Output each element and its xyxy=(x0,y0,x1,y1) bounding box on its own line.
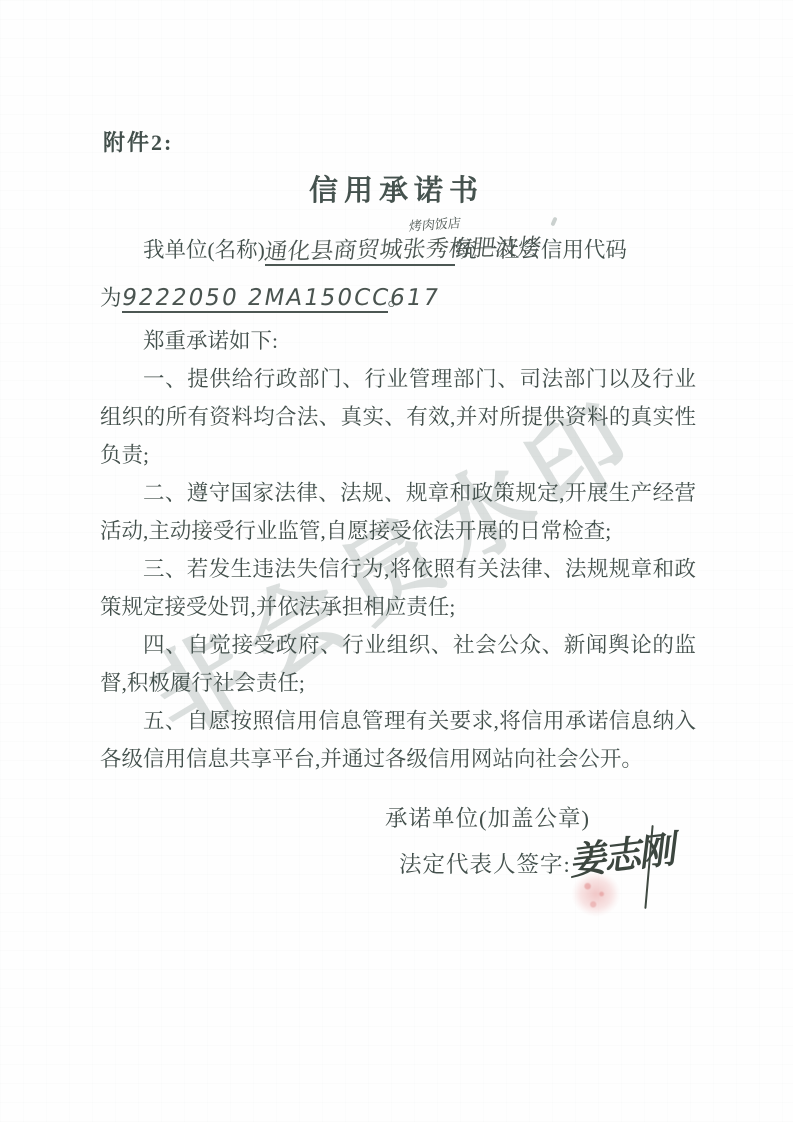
clause-1: 一、提供给行政部门、行业管理部门、司法部门以及行业组织的所有资料均合法、真实、有… xyxy=(100,360,696,474)
legal-representative-line: 法定代表人签字:姜志刚 xyxy=(385,839,676,885)
handwritten-credit-code: 9222050 2MA150CC617 xyxy=(119,285,441,311)
clause-3: 三、若发生违法失信行为,将依照有关法律、法规规章和政策规定接受处罚,并依法承担相… xyxy=(100,550,696,626)
scan-speck xyxy=(550,217,557,227)
credit-code-blank: 9222050 2MA150CC617 xyxy=(122,285,388,313)
clause-5: 五、自愿按照信用信息管理有关要求,将信用承诺信息纳入各级信用信息共享平台,并通过… xyxy=(100,702,696,778)
handwritten-insertion: 烤肉饭店 xyxy=(408,212,462,235)
document-content: 附件2: 信用承诺书 我单位(名称)通化县商贸城张秀梅肥波烤烤肉饭店统一社会信用… xyxy=(0,0,793,1122)
attachment-label: 附件2: xyxy=(103,126,173,157)
pledge-lead-line: 郑重承诺如下: xyxy=(100,322,696,360)
intro-lead-text: 我单位(名称) xyxy=(143,238,265,262)
handwritten-company-name: 通化县商贸城张秀梅肥波烤 xyxy=(262,229,543,267)
document-body: 我单位(名称)通化县商贸城张秀梅肥波烤烤肉饭店统一社会信用代码为9222050 … xyxy=(100,226,696,778)
company-name-blank: 通化县商贸城张秀梅肥波烤烤肉饭店 xyxy=(265,231,455,266)
clause-4: 四、自觉接受政府、行业组织、社会公众、新闻舆论的监督,积极履行社会责任; xyxy=(100,626,696,702)
code-lead-text: 为 xyxy=(100,286,122,310)
signature-block: 承诺单位(加盖公章) 法定代表人签字:姜志刚 xyxy=(385,798,676,885)
sign-label: 法定代表人签字: xyxy=(399,852,571,877)
page-title: 信用承诺书 xyxy=(0,168,793,209)
intro-paragraph: 我单位(名称)通化县商贸城张秀梅肥波烤烤肉饭店统一社会信用代码为9222050 … xyxy=(100,226,696,322)
clause-2: 二、遵守国家法律、法规、规章和政策规定,开展生产经营活动,主动接受行业监管,自愿… xyxy=(100,474,696,550)
scanned-document-page: 非会员水印 附件2: 信用承诺书 我单位(名称)通化县商贸城张秀梅肥波烤烤肉饭店… xyxy=(0,0,793,1122)
